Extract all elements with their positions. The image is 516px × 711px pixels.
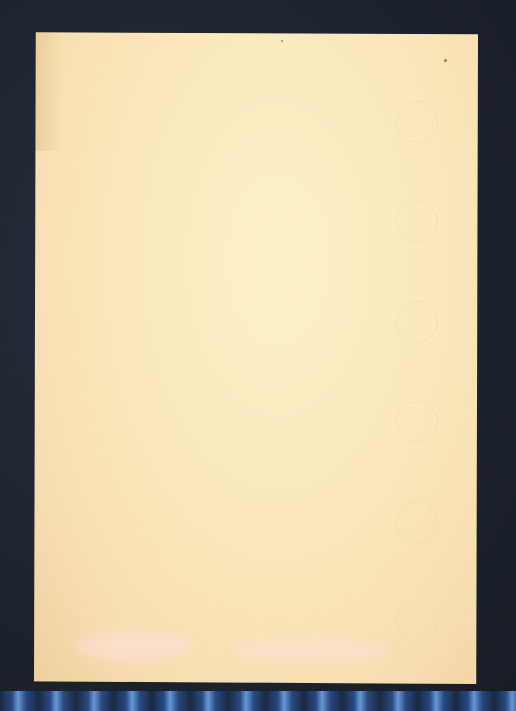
- show-through-mark: [396, 201, 438, 243]
- scanner-light-strip: [0, 691, 516, 711]
- dust-speck: [444, 59, 447, 62]
- dust-speck: [281, 40, 283, 42]
- show-through-mark: [396, 101, 438, 143]
- show-through-mark: [396, 601, 438, 643]
- blank-paper-card: [34, 31, 478, 684]
- show-through-mark: [396, 401, 438, 443]
- light-glare: [74, 631, 194, 661]
- light-glare: [234, 639, 394, 661]
- show-through-mark: [396, 301, 438, 343]
- scan-background: [0, 0, 516, 711]
- show-through-mark: [396, 501, 438, 543]
